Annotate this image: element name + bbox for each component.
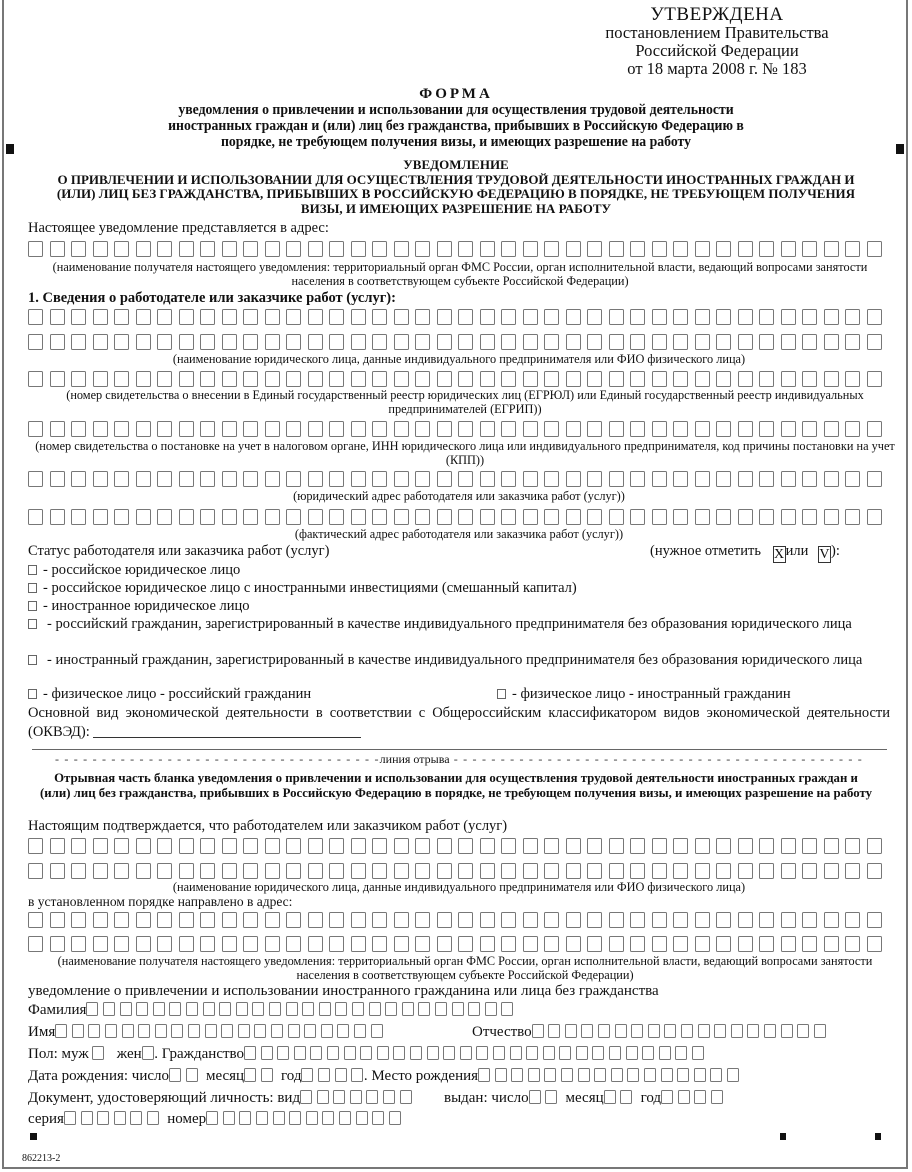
character-cell[interactable] <box>802 421 817 437</box>
character-cell[interactable] <box>673 838 688 854</box>
character-cell[interactable] <box>501 471 516 487</box>
character-cell[interactable] <box>179 334 194 350</box>
character-cell[interactable] <box>824 471 839 487</box>
character-cell[interactable] <box>50 471 65 487</box>
character-cell[interactable] <box>301 1068 313 1082</box>
character-cell[interactable] <box>480 936 495 952</box>
character-cell[interactable] <box>88 1024 100 1038</box>
character-cell[interactable] <box>458 371 473 387</box>
character-cell[interactable] <box>802 371 817 387</box>
character-cell[interactable] <box>867 334 882 350</box>
character-cell[interactable] <box>71 863 86 879</box>
character-cell[interactable] <box>308 509 323 525</box>
character-cell[interactable] <box>493 1046 505 1060</box>
address-cells[interactable] <box>28 241 888 257</box>
character-cell[interactable] <box>351 912 366 928</box>
character-cell[interactable] <box>286 309 301 325</box>
character-cell[interactable] <box>458 334 473 350</box>
character-cell[interactable] <box>437 509 452 525</box>
character-cell[interactable] <box>695 371 710 387</box>
character-cell[interactable] <box>243 471 258 487</box>
checkbox[interactable] <box>28 655 37 665</box>
character-cell[interactable] <box>576 1046 588 1060</box>
character-cell[interactable] <box>188 1024 200 1038</box>
character-cell[interactable] <box>252 1002 264 1016</box>
checkbox[interactable] <box>28 619 37 629</box>
character-cell[interactable] <box>351 1068 363 1082</box>
character-cell[interactable] <box>566 936 581 952</box>
character-cell[interactable] <box>544 371 559 387</box>
character-cell[interactable] <box>661 1068 673 1082</box>
character-cell[interactable] <box>802 936 817 952</box>
character-cell[interactable] <box>566 371 581 387</box>
character-cell[interactable] <box>114 863 129 879</box>
character-cell[interactable] <box>157 309 172 325</box>
character-cell[interactable] <box>566 421 581 437</box>
character-cell[interactable] <box>544 309 559 325</box>
character-cell[interactable] <box>394 509 409 525</box>
character-cell[interactable] <box>867 309 882 325</box>
character-cell[interactable] <box>200 838 215 854</box>
character-cell[interactable] <box>286 241 301 257</box>
character-cell[interactable] <box>366 1090 378 1104</box>
character-cell[interactable] <box>738 471 753 487</box>
character-cell[interactable] <box>222 471 237 487</box>
character-cell[interactable] <box>265 838 280 854</box>
character-cell[interactable] <box>694 1068 706 1082</box>
character-cell[interactable] <box>630 838 645 854</box>
character-cell[interactable] <box>136 241 151 257</box>
character-cell[interactable] <box>480 509 495 525</box>
character-cell[interactable] <box>265 912 280 928</box>
character-cell[interactable] <box>695 421 710 437</box>
character-cell[interactable] <box>648 1024 660 1038</box>
character-cell[interactable] <box>114 371 129 387</box>
character-cell[interactable] <box>28 241 43 257</box>
character-cell[interactable] <box>781 334 796 350</box>
character-cell[interactable] <box>329 471 344 487</box>
character-cell[interactable] <box>304 1024 316 1038</box>
character-cell[interactable] <box>501 334 516 350</box>
character-cell[interactable] <box>238 1024 250 1038</box>
document-type-cells[interactable] <box>300 1090 416 1104</box>
character-cell[interactable] <box>523 863 538 879</box>
character-cell[interactable] <box>50 509 65 525</box>
character-cell[interactable] <box>659 1046 671 1060</box>
character-cell[interactable] <box>824 334 839 350</box>
character-cell[interactable] <box>415 334 430 350</box>
character-cell[interactable] <box>243 912 258 928</box>
character-cell[interactable] <box>673 471 688 487</box>
character-cell[interactable] <box>28 309 43 325</box>
character-cell[interactable] <box>219 1002 231 1016</box>
character-cell[interactable] <box>824 936 839 952</box>
character-cell[interactable] <box>630 241 645 257</box>
character-cell[interactable] <box>587 912 602 928</box>
character-cell[interactable] <box>394 309 409 325</box>
character-cell[interactable] <box>28 509 43 525</box>
status-option-2[interactable]: - российское юридическое лицо с иностран… <box>28 580 577 597</box>
character-cell[interactable] <box>652 241 667 257</box>
character-cell[interactable] <box>265 334 280 350</box>
character-cell[interactable] <box>136 838 151 854</box>
character-cell[interactable] <box>114 509 129 525</box>
character-cell[interactable] <box>824 309 839 325</box>
character-cell[interactable] <box>694 1090 706 1104</box>
character-cell[interactable] <box>351 936 366 952</box>
character-cell[interactable] <box>644 1068 656 1082</box>
character-cell[interactable] <box>289 1111 301 1125</box>
character-cell[interactable] <box>802 309 817 325</box>
character-cell[interactable] <box>286 334 301 350</box>
character-cell[interactable] <box>781 838 796 854</box>
character-cell[interactable] <box>480 471 495 487</box>
character-cell[interactable] <box>221 1024 233 1038</box>
character-cell[interactable] <box>559 1046 571 1060</box>
character-cell[interactable] <box>532 1024 544 1038</box>
character-cell[interactable] <box>480 334 495 350</box>
character-cell[interactable] <box>523 838 538 854</box>
character-cell[interactable] <box>594 1068 606 1082</box>
character-cell[interactable] <box>548 1024 560 1038</box>
character-cell[interactable] <box>372 471 387 487</box>
dob-month-cells[interactable] <box>244 1068 277 1082</box>
character-cell[interactable] <box>372 309 387 325</box>
character-cell[interactable] <box>351 838 366 854</box>
character-cell[interactable] <box>329 509 344 525</box>
character-cell[interactable] <box>698 1024 710 1038</box>
character-cell[interactable] <box>86 1002 98 1016</box>
employer-name-cells-2[interactable] <box>28 334 888 350</box>
character-cell[interactable] <box>71 912 86 928</box>
character-cell[interactable] <box>652 421 667 437</box>
character-cell[interactable] <box>142 1046 154 1060</box>
character-cell[interactable] <box>738 509 753 525</box>
character-cell[interactable] <box>759 936 774 952</box>
character-cell[interactable] <box>114 838 129 854</box>
character-cell[interactable] <box>329 912 344 928</box>
character-cell[interactable] <box>93 241 108 257</box>
character-cell[interactable] <box>867 241 882 257</box>
character-cell[interactable] <box>544 863 559 879</box>
character-cell[interactable] <box>824 421 839 437</box>
character-cell[interactable] <box>329 936 344 952</box>
character-cell[interactable] <box>566 863 581 879</box>
character-cell[interactable] <box>394 471 409 487</box>
character-cell[interactable] <box>329 838 344 854</box>
legal-address-cells[interactable] <box>28 471 888 487</box>
character-cell[interactable] <box>845 509 860 525</box>
character-cell[interactable] <box>114 309 129 325</box>
status-option-1[interactable]: - российское юридическое лицо <box>28 562 240 579</box>
character-cell[interactable] <box>609 838 624 854</box>
status-option-5[interactable]: - иностранный гражданин, зарегистрирован… <box>28 651 890 669</box>
character-cell[interactable] <box>716 421 731 437</box>
character-cell[interactable] <box>802 838 817 854</box>
character-cell[interactable] <box>677 1068 689 1082</box>
character-cell[interactable] <box>695 838 710 854</box>
character-cell[interactable] <box>781 1024 793 1038</box>
character-cell[interactable] <box>28 371 43 387</box>
character-cell[interactable] <box>587 863 602 879</box>
character-cell[interactable] <box>157 912 172 928</box>
character-cell[interactable] <box>308 371 323 387</box>
character-cell[interactable] <box>244 1046 256 1060</box>
character-cell[interactable] <box>759 863 774 879</box>
character-cell[interactable] <box>372 241 387 257</box>
character-cell[interactable] <box>310 1046 322 1060</box>
character-cell[interactable] <box>716 241 731 257</box>
character-cell[interactable] <box>695 241 710 257</box>
character-cell[interactable] <box>523 309 538 325</box>
character-cell[interactable] <box>50 838 65 854</box>
character-cell[interactable] <box>458 509 473 525</box>
character-cell[interactable] <box>55 1024 67 1038</box>
character-cell[interactable] <box>371 1024 383 1038</box>
character-cell[interactable] <box>630 936 645 952</box>
character-cell[interactable] <box>824 371 839 387</box>
character-cell[interactable] <box>265 309 280 325</box>
character-cell[interactable] <box>329 421 344 437</box>
character-cell[interactable] <box>476 1046 488 1060</box>
checkbox[interactable] <box>28 583 37 593</box>
character-cell[interactable] <box>566 309 581 325</box>
character-cell[interactable] <box>394 241 409 257</box>
character-cell[interactable] <box>138 1024 150 1038</box>
character-cell[interactable] <box>544 936 559 952</box>
character-cell[interactable] <box>136 863 151 879</box>
character-cell[interactable] <box>523 241 538 257</box>
character-cell[interactable] <box>286 936 301 952</box>
character-cell[interactable] <box>695 334 710 350</box>
character-cell[interactable] <box>781 421 796 437</box>
character-cell[interactable] <box>609 863 624 879</box>
character-cell[interactable] <box>802 509 817 525</box>
character-cell[interactable] <box>738 912 753 928</box>
character-cell[interactable] <box>394 421 409 437</box>
character-cell[interactable] <box>277 1046 289 1060</box>
character-cell[interactable] <box>308 334 323 350</box>
character-cell[interactable] <box>50 371 65 387</box>
character-cell[interactable] <box>609 936 624 952</box>
character-cell[interactable] <box>716 936 731 952</box>
character-cell[interactable] <box>372 334 387 350</box>
character-cell[interactable] <box>587 334 602 350</box>
character-cell[interactable] <box>50 334 65 350</box>
stub-employer-cells-2[interactable] <box>28 863 888 879</box>
character-cell[interactable] <box>394 863 409 879</box>
character-cell[interactable] <box>319 1002 331 1016</box>
character-cell[interactable] <box>458 309 473 325</box>
character-cell[interactable] <box>468 1002 480 1016</box>
character-cell[interactable] <box>339 1111 351 1125</box>
character-cell[interactable] <box>308 838 323 854</box>
status-option-7[interactable]: - физическое лицо - иностранный граждани… <box>497 686 791 703</box>
character-cell[interactable] <box>673 309 688 325</box>
character-cell[interactable] <box>544 421 559 437</box>
character-cell[interactable] <box>652 371 667 387</box>
character-cell[interactable] <box>598 1024 610 1038</box>
character-cell[interactable] <box>179 863 194 879</box>
character-cell[interactable] <box>759 421 774 437</box>
character-cell[interactable] <box>222 936 237 952</box>
character-cell[interactable] <box>673 241 688 257</box>
character-cell[interactable] <box>157 863 172 879</box>
character-cell[interactable] <box>179 471 194 487</box>
character-cell[interactable] <box>308 936 323 952</box>
character-cell[interactable] <box>661 1090 673 1104</box>
character-cell[interactable] <box>317 1090 329 1104</box>
character-cell[interactable] <box>609 912 624 928</box>
stub-recipient-cells-1[interactable] <box>28 912 888 928</box>
character-cell[interactable] <box>28 912 43 928</box>
character-cell[interactable] <box>179 309 194 325</box>
character-cell[interactable] <box>130 1111 142 1125</box>
character-cell[interactable] <box>372 912 387 928</box>
character-cell[interactable] <box>415 371 430 387</box>
character-cell[interactable] <box>394 912 409 928</box>
character-cell[interactable] <box>71 241 86 257</box>
character-cell[interactable] <box>615 1024 627 1038</box>
character-cell[interactable] <box>630 509 645 525</box>
character-cell[interactable] <box>652 309 667 325</box>
character-cell[interactable] <box>814 1024 826 1038</box>
character-cell[interactable] <box>308 863 323 879</box>
character-cell[interactable] <box>114 1111 126 1125</box>
character-cell[interactable] <box>354 1024 366 1038</box>
character-cell[interactable] <box>738 241 753 257</box>
character-cell[interactable] <box>243 838 258 854</box>
character-cell[interactable] <box>523 936 538 952</box>
character-cell[interactable] <box>867 471 882 487</box>
character-cell[interactable] <box>781 241 796 257</box>
issued-day-cells[interactable] <box>529 1090 562 1104</box>
character-cell[interactable] <box>781 936 796 952</box>
character-cell[interactable] <box>335 1068 347 1082</box>
character-cell[interactable] <box>566 912 581 928</box>
character-cell[interactable] <box>136 936 151 952</box>
character-cell[interactable] <box>561 1068 573 1082</box>
character-cell[interactable] <box>460 1046 472 1060</box>
character-cell[interactable] <box>759 371 774 387</box>
character-cell[interactable] <box>243 334 258 350</box>
character-cell[interactable] <box>867 509 882 525</box>
character-cell[interactable] <box>587 371 602 387</box>
number-cells[interactable] <box>206 1111 405 1125</box>
character-cell[interactable] <box>157 241 172 257</box>
character-cell[interactable] <box>781 309 796 325</box>
character-cell[interactable] <box>458 863 473 879</box>
character-cell[interactable] <box>609 1046 621 1060</box>
character-cell[interactable] <box>458 421 473 437</box>
character-cell[interactable] <box>747 1024 759 1038</box>
character-cell[interactable] <box>288 1024 300 1038</box>
character-cell[interactable] <box>673 334 688 350</box>
character-cell[interactable] <box>802 912 817 928</box>
character-cell[interactable] <box>867 863 882 879</box>
character-cell[interactable] <box>243 421 258 437</box>
character-cell[interactable] <box>631 1024 643 1038</box>
character-cell[interactable] <box>337 1024 349 1038</box>
dob-year-cells[interactable] <box>301 1068 367 1082</box>
character-cell[interactable] <box>415 863 430 879</box>
character-cell[interactable] <box>565 1024 577 1038</box>
character-cell[interactable] <box>867 936 882 952</box>
status-option-6[interactable]: - физическое лицо - российский гражданин <box>28 686 311 703</box>
character-cell[interactable] <box>587 936 602 952</box>
character-cell[interactable] <box>480 863 495 879</box>
character-cell[interactable] <box>824 241 839 257</box>
character-cell[interactable] <box>501 371 516 387</box>
character-cell[interactable] <box>222 309 237 325</box>
character-cell[interactable] <box>114 421 129 437</box>
character-cell[interactable] <box>609 241 624 257</box>
character-cell[interactable] <box>673 421 688 437</box>
character-cell[interactable] <box>609 471 624 487</box>
character-cell[interactable] <box>437 936 452 952</box>
character-cell[interactable] <box>169 1002 181 1016</box>
character-cell[interactable] <box>410 1046 422 1060</box>
character-cell[interactable] <box>652 863 667 879</box>
character-cell[interactable] <box>222 912 237 928</box>
character-cell[interactable] <box>286 371 301 387</box>
character-cell[interactable] <box>673 509 688 525</box>
character-cell[interactable] <box>333 1090 345 1104</box>
character-cell[interactable] <box>415 241 430 257</box>
character-cell[interactable] <box>28 334 43 350</box>
character-cell[interactable] <box>437 309 452 325</box>
character-cell[interactable] <box>695 912 710 928</box>
character-cell[interactable] <box>200 309 215 325</box>
character-cell[interactable] <box>377 1046 389 1060</box>
character-cell[interactable] <box>179 421 194 437</box>
character-cell[interactable] <box>360 1046 372 1060</box>
character-cell[interactable] <box>50 421 65 437</box>
character-cell[interactable] <box>200 912 215 928</box>
character-cell[interactable] <box>222 334 237 350</box>
character-cell[interactable] <box>587 241 602 257</box>
sex-male-checkbox[interactable] <box>92 1046 109 1060</box>
character-cell[interactable] <box>50 309 65 325</box>
dob-day-cells[interactable] <box>169 1068 202 1082</box>
character-cell[interactable] <box>609 509 624 525</box>
character-cell[interactable] <box>200 371 215 387</box>
character-cell[interactable] <box>544 509 559 525</box>
character-cell[interactable] <box>523 912 538 928</box>
character-cell[interactable] <box>544 912 559 928</box>
character-cell[interactable] <box>759 334 774 350</box>
character-cell[interactable] <box>120 1002 132 1016</box>
character-cell[interactable] <box>71 309 86 325</box>
character-cell[interactable] <box>306 1111 318 1125</box>
character-cell[interactable] <box>93 421 108 437</box>
checkbox[interactable] <box>28 689 37 699</box>
character-cell[interactable] <box>510 1046 522 1060</box>
character-cell[interactable] <box>243 309 258 325</box>
character-cell[interactable] <box>372 509 387 525</box>
series-cells[interactable] <box>64 1111 164 1125</box>
character-cell[interactable] <box>136 509 151 525</box>
character-cell[interactable] <box>243 371 258 387</box>
character-cell[interactable] <box>802 863 817 879</box>
character-cell[interactable] <box>544 838 559 854</box>
character-cell[interactable] <box>179 838 194 854</box>
character-cell[interactable] <box>157 371 172 387</box>
character-cell[interactable] <box>544 1068 556 1082</box>
character-cell[interactable] <box>528 1068 540 1082</box>
character-cell[interactable] <box>243 936 258 952</box>
character-cell[interactable] <box>265 509 280 525</box>
